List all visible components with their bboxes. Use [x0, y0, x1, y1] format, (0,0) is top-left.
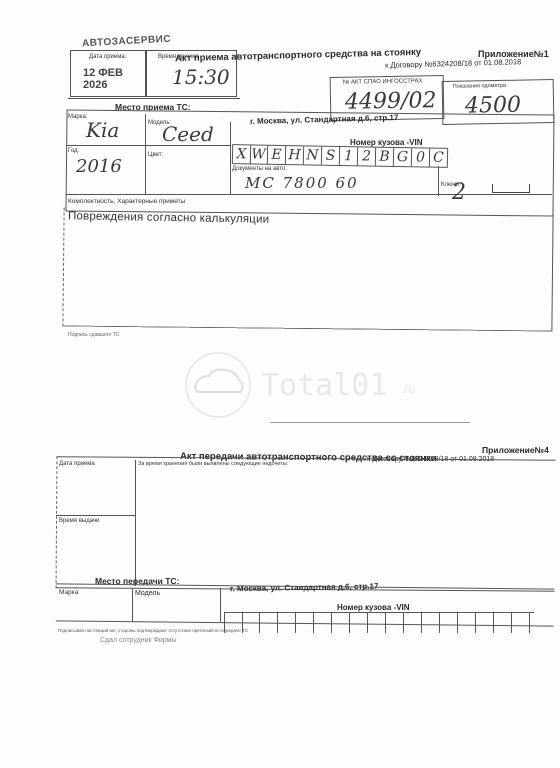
car-cloud-logo-icon [183, 350, 253, 420]
transfer-vin-boxes [224, 612, 534, 633]
vin-empty-cell [512, 613, 530, 633]
divider [220, 588, 221, 622]
watermark-text: Total01 [261, 368, 387, 403]
scanned-document: АВТОЗАСЕРВИС Приложение№1 к Договору №63… [0, 0, 560, 768]
documents-value: MC 7800 60 [245, 174, 359, 192]
vin-empty-cell [404, 613, 422, 633]
cut-line [270, 422, 470, 423]
vin-char-cell: W [250, 145, 268, 163]
divider [132, 588, 133, 622]
vin-empty-cell [278, 613, 296, 633]
vin-empty-cell [386, 613, 404, 633]
company-stamp: АВТОЗАСЕРВИС [82, 34, 172, 50]
vin-char-cell: 2 [358, 147, 376, 165]
vin-char-cell: E [268, 146, 286, 164]
mileage-label: Показания одометра [453, 83, 506, 90]
divider [145, 114, 146, 194]
vin-empty-cell [440, 613, 458, 633]
issue-time-label: Время выдачи [59, 518, 99, 524]
vin-empty-cell [422, 613, 440, 633]
divider [56, 515, 135, 516]
remarks-box [62, 207, 553, 331]
time-label: Время приема [158, 54, 198, 60]
make-value: Kia [86, 118, 119, 142]
make-label: Марка: [68, 114, 88, 120]
vin-empty-cell [458, 613, 476, 633]
vin-char-cell: C [430, 149, 448, 167]
vin-empty-cell [350, 613, 368, 633]
act1-footer-note: Подпись сдавшего ТС [68, 332, 119, 338]
act4-footer-note: Сдал сотрудник Фирмы [100, 637, 177, 644]
vin-char-cell: B [376, 148, 394, 166]
vin-empty-cell [296, 613, 314, 633]
vin-char-cell: X [232, 145, 251, 163]
vin-empty-cell [314, 613, 332, 633]
date-value: 12 ФЕВ 2026 [83, 67, 146, 91]
transfer-make-label: Марка [59, 589, 78, 596]
vin-char-cell: N [304, 146, 322, 164]
divider [438, 166, 439, 196]
vin-empty-cell [332, 613, 350, 633]
attachment-4-label: Приложение№4 [482, 445, 549, 455]
release-grid [56, 456, 556, 591]
vin-empty-cell [368, 613, 386, 633]
color-label: Цвет: [148, 152, 163, 158]
divider [135, 460, 136, 586]
date-cell: Дата приема: 12 ФЕВ 2026 [70, 50, 147, 97]
vin-char-cell: 0 [412, 148, 430, 166]
act-number-label: № АКТ СПАО ИНГОССТРАХ [343, 78, 423, 85]
watermark-suffix: .ru [401, 382, 415, 396]
date-label: Дата приема: [89, 54, 126, 60]
release-date-label: Дата приема [59, 461, 95, 467]
act-number-value: 4499/02 [345, 88, 437, 115]
year-value: 2016 [76, 156, 122, 177]
vin-empty-cell [260, 613, 278, 633]
time-cell: Время приема 15:30 [145, 50, 237, 97]
vin-char-cell: H [286, 146, 304, 164]
keys-checkbox [492, 184, 530, 193]
divider [66, 194, 552, 195]
divider [230, 122, 231, 194]
transfer-model-label: Модель [135, 590, 160, 597]
contract-ref-1: к Договору №6324208/18 от 01.08.2018 [385, 57, 521, 70]
documents-label: Документы на авто: [232, 166, 287, 172]
time-value: 15:30 [172, 65, 230, 89]
equipment-label: Комплектность, Характерные приметы [68, 198, 185, 205]
model-value: Ceed [162, 122, 214, 146]
vin-char-cell: 1 [340, 147, 358, 165]
divider [68, 98, 240, 99]
vin-empty-cell [476, 613, 494, 633]
year-label: Год: [68, 148, 79, 154]
keys-value: 2 [452, 180, 466, 205]
vin-empty-cell [494, 613, 512, 633]
vin-char-cell: S [322, 147, 340, 165]
vin-char-cell: G [394, 148, 412, 166]
defects-note: За время хранения были выявлены следующи… [138, 461, 288, 467]
transfer-vin-label: Номер кузова -VIN [337, 603, 410, 612]
vin-input-row: XWEHNS12BG0C [232, 144, 448, 168]
site-watermark: Total01 .ru [183, 350, 383, 420]
transfer-footnote: Подписывая настоящий акт, стороны подтве… [58, 628, 248, 633]
